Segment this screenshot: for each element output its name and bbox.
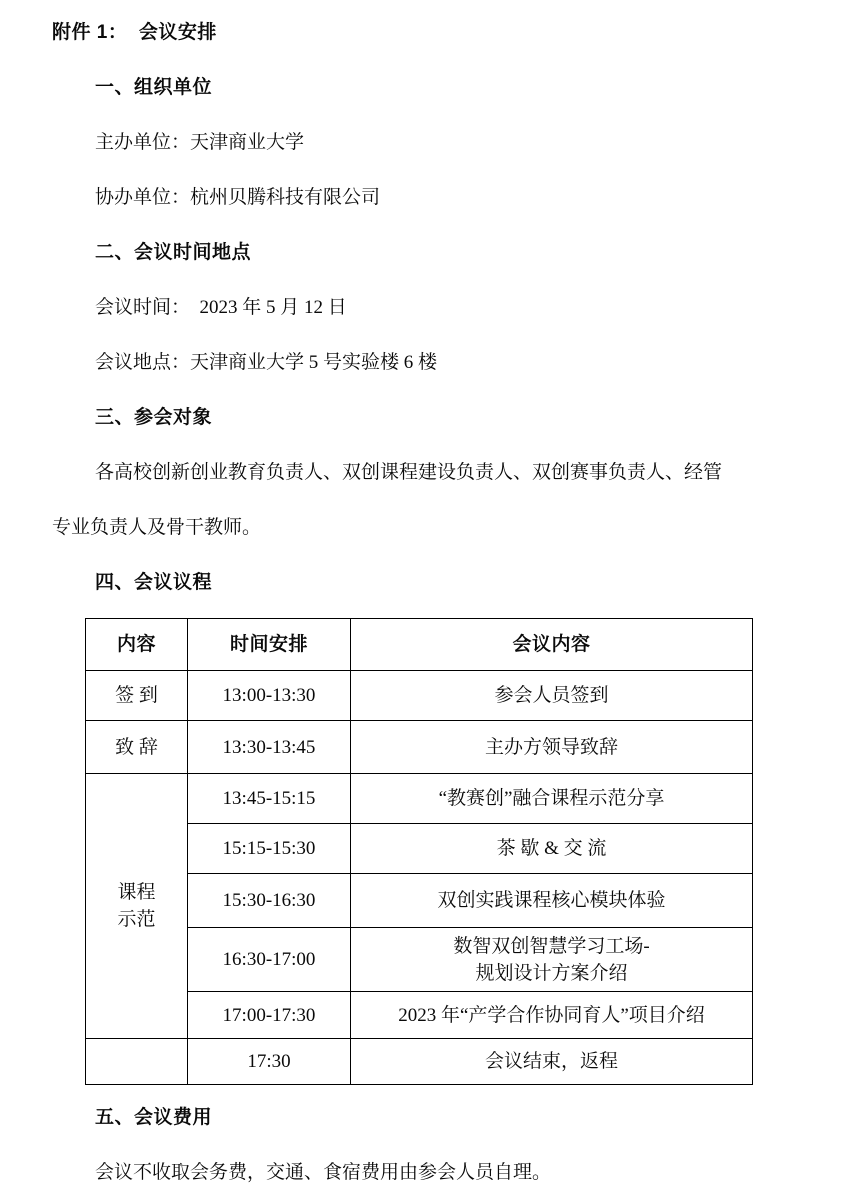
agenda-category-cell: 致 辞 <box>86 721 188 774</box>
attachment-title: 附件 1： 会议安排 <box>52 20 794 46</box>
meeting-place-line: 会议地点：天津商业大学 5 号实验楼 6 楼 <box>52 350 794 376</box>
attendees-line-2: 专业负责人及骨干教师。 <box>52 515 794 541</box>
agenda-category-cell <box>86 1039 188 1085</box>
document-page: 附件 1： 会议安排 一、组织单位 主办单位：天津商业大学 协办单位：杭州贝腾科… <box>0 0 842 1192</box>
agenda-time-cell: 13:00-13:30 <box>188 671 351 721</box>
heading-agenda: 四、会议议程 <box>52 570 794 596</box>
heading-organizers: 一、组织单位 <box>52 75 794 101</box>
fees-note-line: 会议不收取会务费，交通、食宿费用由参会人员自理。 <box>52 1160 794 1186</box>
agenda-time-cell: 15:30-16:30 <box>188 874 351 928</box>
heading-time-place: 二、会议时间地点 <box>52 240 794 266</box>
agenda-time-cell: 13:30-13:45 <box>188 721 351 774</box>
agenda-time-cell: 16:30-17:00 <box>188 928 351 992</box>
agenda-time-cell: 17:30 <box>188 1039 351 1085</box>
table-row: 致 辞 13:30-13:45 主办方领导致辞 <box>86 721 753 774</box>
heading-fees: 五、会议费用 <box>52 1105 794 1131</box>
agenda-content-cell: 主办方领导致辞 <box>351 721 753 774</box>
table-row: 签 到 13:00-13:30 参会人员签到 <box>86 671 753 721</box>
agenda-category-cell: 签 到 <box>86 671 188 721</box>
attendees-line-1: 各高校创新创业教育负责人、双创课程建设负责人、双创赛事负责人、经管 <box>52 460 794 486</box>
agenda-category-cell-merged: 课程 示范 <box>86 774 188 1039</box>
agenda-content-cell: 数智双创智慧学习工场- 规划设计方案介绍 <box>351 928 753 992</box>
agenda-content-cell: 2023 年“产学合作协同育人”项目介绍 <box>351 992 753 1039</box>
agenda-table: 内容 时间安排 会议内容 签 到 13:00-13:30 参会人员签到 致 辞 … <box>85 618 753 1085</box>
heading-attendees: 三、参会对象 <box>52 405 794 431</box>
agenda-header-category: 内容 <box>86 619 188 671</box>
agenda-time-cell: 15:15-15:30 <box>188 824 351 874</box>
table-row: 课程 示范 13:45-15:15 “教赛创”融合课程示范分享 <box>86 774 753 824</box>
co-organizer-line: 协办单位：杭州贝腾科技有限公司 <box>52 185 794 211</box>
agenda-header-content: 会议内容 <box>351 619 753 671</box>
agenda-header-time: 时间安排 <box>188 619 351 671</box>
agenda-time-cell: 13:45-15:15 <box>188 774 351 824</box>
meeting-time-line: 会议时间： 2023 年 5 月 12 日 <box>52 295 794 321</box>
agenda-content-cell: 参会人员签到 <box>351 671 753 721</box>
agenda-content-cell: 双创实践课程核心模块体验 <box>351 874 753 928</box>
agenda-time-cell: 17:00-17:30 <box>188 992 351 1039</box>
agenda-content-cell: “教赛创”融合课程示范分享 <box>351 774 753 824</box>
agenda-header-row: 内容 时间安排 会议内容 <box>86 619 753 671</box>
table-row: 17:30 会议结束，返程 <box>86 1039 753 1085</box>
agenda-content-cell: 会议结束，返程 <box>351 1039 753 1085</box>
host-organizer-line: 主办单位：天津商业大学 <box>52 130 794 156</box>
agenda-content-cell: 茶 歇 & 交 流 <box>351 824 753 874</box>
